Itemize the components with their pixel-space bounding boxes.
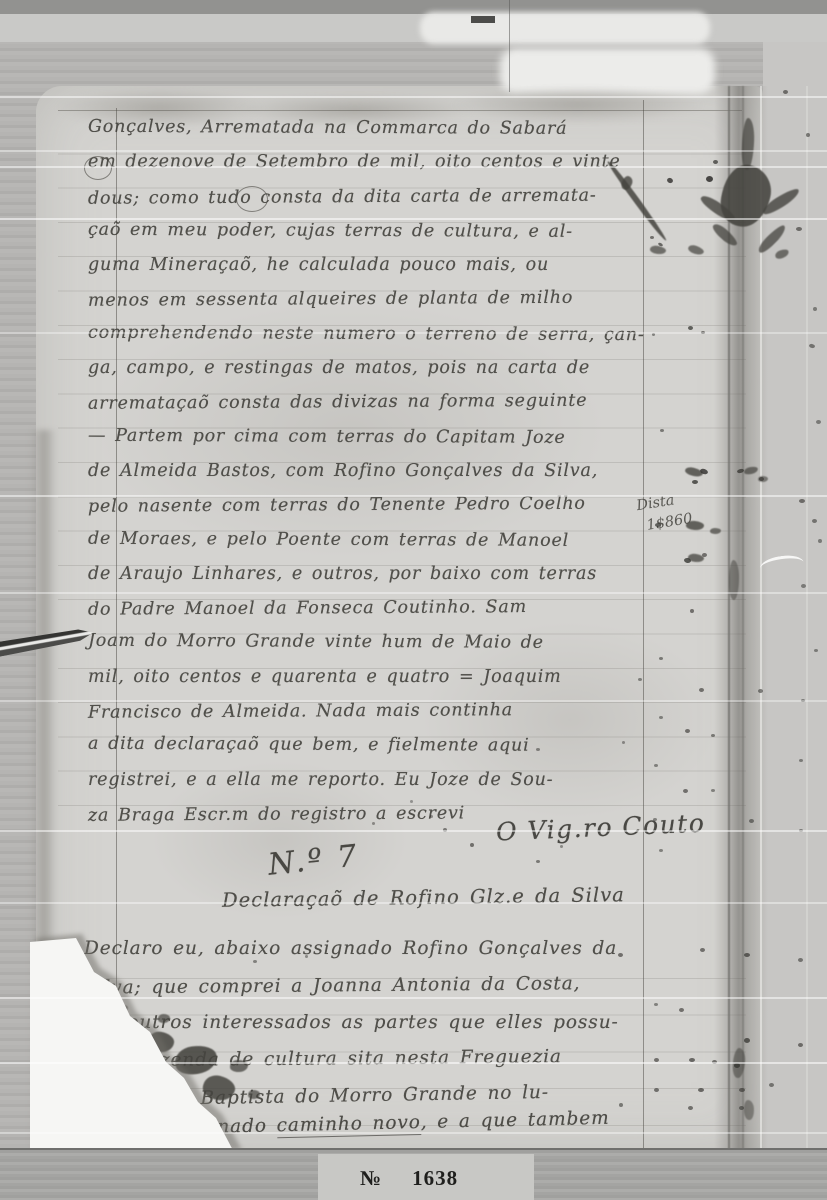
manuscript-line: de Moraes, e pelo Poente com terras de M…: [88, 521, 660, 558]
manuscript-block-2: Declaro eu, abaixo assignado Rofino Gonç…: [84, 931, 664, 1115]
manuscript-line: e a outros interessados as partes que el…: [84, 1005, 664, 1042]
manuscript-line: Francisco de Almeida. Nada mais continha: [88, 692, 660, 730]
marginal-note: Dista 1$860: [635, 488, 694, 538]
manuscript-line: a dita declaraçaõ que bem, e fielmente a…: [88, 727, 660, 764]
manuscript-line: dous; como tudo consta da dita carta de …: [88, 178, 660, 216]
manuscript-line: de Almeida Bastos, com Rofino Gonçalves …: [88, 454, 660, 488]
manuscript-line: Declaro eu, abaixo assignado Rofino Gonç…: [84, 931, 664, 968]
reference-number-label: № 1638: [318, 1154, 534, 1200]
flourish-circle: [236, 186, 268, 212]
manuscript-line: comprehendendo neste numero o terreno de…: [88, 316, 660, 353]
manuscript-line: Joam do Morro Grande vinte hum de Maio d…: [88, 624, 660, 661]
manuscript-line: ga, campo, e restingas de matos, pois na…: [88, 351, 660, 385]
flourish-circle: [84, 156, 112, 180]
scanner-bottom-strip: № 1638: [0, 1148, 827, 1200]
marginal-note-amount: 1$860: [638, 509, 694, 538]
manuscript-line: — Partem por cima com terras do Capitam …: [88, 418, 660, 455]
manuscript-line: registrei, e a ella me reporto. Eu Joze …: [88, 763, 660, 797]
manuscript-line: pelo nasente com terras do Tenente Pedro…: [88, 487, 660, 525]
manuscript-line: guma Mineraçaõ, he calculada pouco mais,…: [88, 248, 660, 282]
scanned-document-page: Gonçalves, Arrematada na Commarca do Sab…: [0, 0, 827, 1200]
marginal-note-word: Dista: [635, 492, 675, 514]
last-line-post: , e a que tambem: [421, 1108, 610, 1133]
manuscript-line: de Araujo Linhares, e outros, por baixo …: [88, 557, 660, 591]
manuscript-line: Gonçalves, Arrematada na Commarca do Sab…: [88, 110, 660, 147]
manuscript-line: Silva; que comprei a Joanna Antonia da C…: [84, 965, 664, 1007]
entry-number-heading: N.º 7: [266, 838, 361, 882]
manuscript-block-1: Gonçalves, Arrematada na Commarca do Sab…: [88, 111, 660, 831]
last-line-underlined: caminho novo: [276, 1112, 421, 1138]
manuscript-line: do Padre Manoel da Fonseca Coutinho. Sam: [88, 589, 660, 627]
manuscript-line: em dezenove de Setembro de mil, oito cen…: [88, 145, 660, 179]
last-line-pre: ominado: [180, 1115, 277, 1138]
reference-number: 1638: [412, 1166, 458, 1191]
numero-sign: №: [360, 1166, 382, 1191]
manuscript-line: menos em sessenta alqueires de planta de…: [88, 281, 660, 319]
manuscript-line: arremataçaõ consta das divizas na forma …: [88, 384, 660, 422]
handwriting-layer: Gonçalves, Arrematada na Commarca do Sab…: [0, 0, 827, 1200]
manuscript-line: mil, oito centos e quarenta e quatro = J…: [88, 660, 660, 694]
manuscript-line: çaõ em meu poder, cujas terras de cultur…: [88, 213, 660, 250]
entry-title: Declaraçaõ de Rofino Glz.e da Silva: [222, 883, 625, 912]
